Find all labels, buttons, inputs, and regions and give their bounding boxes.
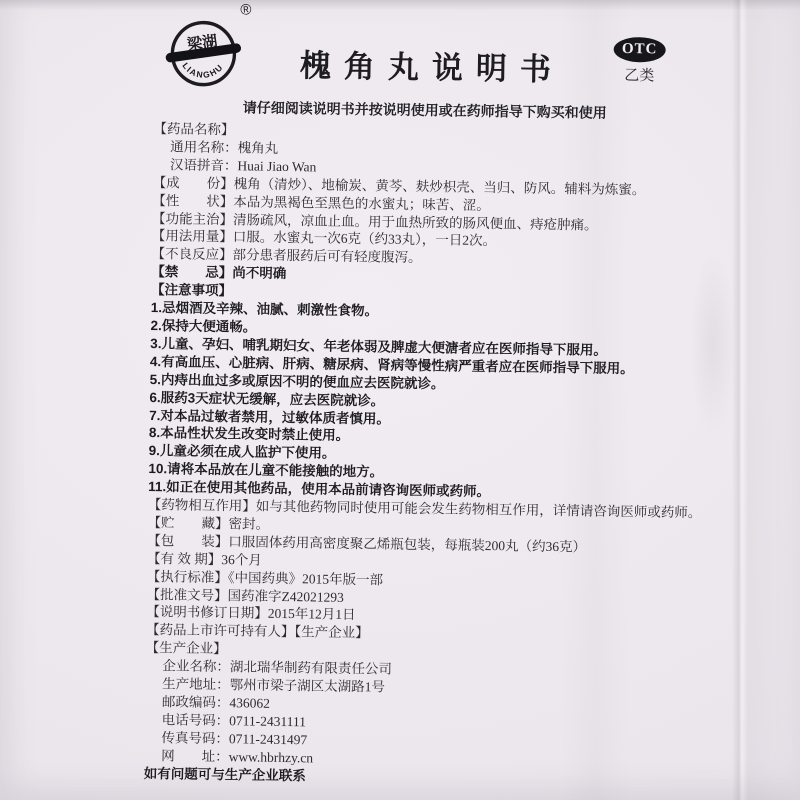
line-label: 【药物相互作用】 [148,497,256,514]
line-text: 密封。 [228,516,269,532]
line-label: 【药品上市许可持有人】【生产企业】 [146,622,369,640]
line-label: 【贮 藏】 [147,515,228,531]
line-text: 2015年12月1日 [268,606,356,622]
leaflet-content: 梁湖 LIANGHU ® 槐角丸说明书 OTC 乙类 请仔细阅读说明书并按说明使… [0,0,800,800]
line-text: 尚不明确 [232,265,286,281]
line-text: 如有问题可与生产企业联系 [144,766,306,783]
line-label: 【说明书修订日期】 [146,604,268,621]
line-text: 36个月 [221,552,262,568]
line-label: 【不良反应】 [151,246,232,262]
line-text: 通用名称：槐角丸 [170,139,278,156]
line-label: 【有 效 期】 [147,551,221,567]
line-text: 邮政编码：436062 [162,694,270,711]
line-text: 《中国药典》2015年版一部 [228,570,383,587]
line-label: 【包 装】 [147,533,228,549]
document-lines: 【药品名称】通用名称：槐角丸汉语拼音：Huai Jiao Wan【成 份】槐角（… [144,120,729,791]
line-label: 【生产企业】 [146,640,227,656]
line-text: 8.本品性状发生改变时禁止使用。 [149,425,349,443]
line-text: 传真号码：0711-2431497 [161,730,307,747]
line-text: 10.请将本品放在儿童不能接触的地方。 [148,461,383,479]
line-text: 本品为黑褐色至黑色的水蜜丸；味苦、涩。 [233,194,490,213]
line-label: 【功能主治】 [152,211,233,227]
line-text: 6.服药3天症状无缓解，应去医院就诊。 [149,390,384,408]
otc-class-label: 乙类 [607,64,671,86]
line-text: 口服固体药用高密度聚乙烯瓶包装，每瓶装200丸（约36克） [228,534,586,554]
line-text: 1.忌烟酒及辛辣、油腻、刺激性食物。 [151,300,378,318]
line-text: 企业名称：湖北瑞华制药有限责任公司 [162,658,392,676]
line-text: 国药准字Z42021293 [227,588,343,605]
line-label: 【注意事项】 [151,282,232,298]
line-text: 5.内痔出血过多或原因不明的便血应去医院就诊。 [150,372,445,391]
line-text: 网 址：www.hbrhzy.cn [161,748,313,765]
line-label: 【药品名称】 [153,121,234,137]
line-label: 【性 状】 [152,193,233,209]
leaflet-photo: 梁湖 LIANGHU ® 槐角丸说明书 OTC 乙类 请仔细阅读说明书并按说明使… [0,0,800,800]
line-label: 【批准文号】 [146,587,227,603]
otc-badge: OTC 乙类 [607,37,672,86]
line-text: 生产地址：鄂州市梁子湖区太湖路1号 [162,676,385,694]
line-label: 【禁 忌】 [151,264,232,280]
line-text: 9.儿童必须在成人监护下使用。 [149,443,336,461]
line-text: 汉语拼音：Huai Jiao Wan [170,157,317,174]
line-text: 2.保持大便通畅。 [150,318,256,335]
line-text: 部分患者服药后可有轻度腹泻。 [232,248,421,266]
otc-label: OTC [613,37,665,63]
line-label: 【成 份】 [153,175,234,191]
line-text: 电话号码：0711-2431111 [162,712,306,729]
line-label: 【执行标准】 [147,569,228,585]
line-label: 【用法用量】 [152,228,233,244]
line-text: 7.对本品过敏者禁用，过敏体质者慎用。 [149,407,390,426]
line-text: 口服。水蜜丸一次6克（约33丸），一日2次。 [233,230,496,249]
registered-trademark-icon: ® [240,1,252,19]
